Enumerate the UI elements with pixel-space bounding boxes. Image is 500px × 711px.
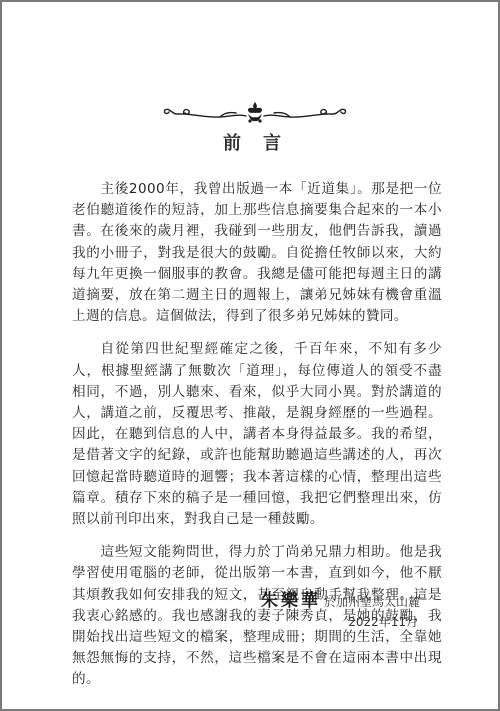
page-title: 前言 (2, 129, 500, 155)
flourish-ornament-icon (162, 101, 348, 125)
signature-line: 朱樂華於加州聖馬太山麓 (261, 586, 420, 611)
author-name: 朱樂華 (261, 591, 321, 611)
paragraph-2: 自從第四世紀聖經確定之後，千百年來，不知有多少人，根據聖經講了無數次「道理」，每… (72, 339, 442, 530)
author-location: 於加州聖馬太山麓 (324, 595, 420, 609)
signature-date: 2022年11月 (348, 613, 418, 630)
document-page: 前言 主後2000年，我曾出版過一本「近道集」。那是把一位老伯聽道後作的短詩，加… (0, 0, 500, 711)
paragraph-1: 主後2000年，我曾出版過一本「近道集」。那是把一位老伯聽道後作的短詩，加上那些… (72, 179, 442, 327)
